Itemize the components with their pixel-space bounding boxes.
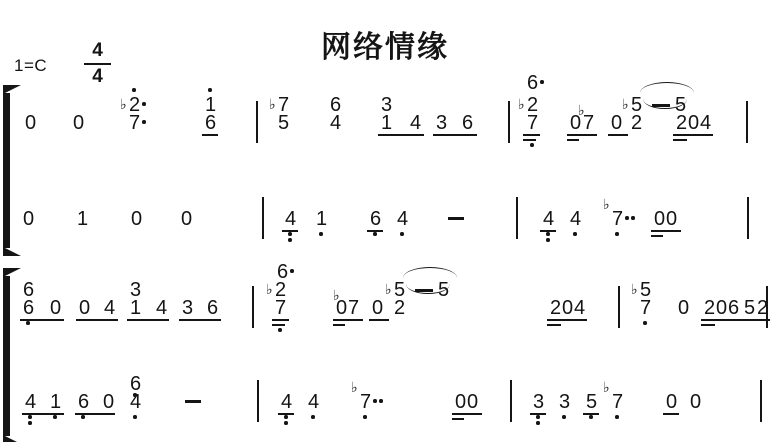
note-glyph: 0 [654, 209, 665, 229]
octave-down-dot [311, 415, 315, 419]
note-digit: 0 [467, 392, 478, 412]
octave-down-dot [319, 232, 323, 236]
note-glyph: 0 [611, 113, 622, 133]
note-digit: 1 [381, 113, 392, 133]
beam-underline [22, 413, 64, 415]
note-digit: 3 [182, 298, 193, 318]
barline [516, 197, 518, 239]
beam-underline [75, 413, 115, 415]
note-glyph: 4 [570, 209, 581, 229]
note-glyph: 2 [394, 298, 405, 318]
note-glyph: 0 [467, 392, 478, 412]
octave-up-dot [132, 88, 136, 92]
note-glyph: 6 [207, 298, 218, 318]
note-digit: 7 [360, 392, 371, 412]
note-glyph: 7 [129, 113, 140, 133]
note-glyph: 7 [275, 298, 286, 318]
note-digit: 6 [462, 113, 473, 133]
octave-down-dot [288, 232, 292, 236]
octave-down-dot [53, 415, 57, 419]
octave-down-dot [28, 415, 32, 419]
beam-underline [583, 413, 599, 415]
barline [256, 101, 258, 143]
note-glyph: 0 [181, 209, 192, 229]
octave-down-dot [562, 415, 566, 419]
note-glyph: 1 [50, 392, 61, 412]
note-digit: 4 [543, 209, 554, 229]
system-bracket [3, 93, 10, 248]
note-digit: 2 [394, 298, 405, 318]
note-digit: 4 [570, 209, 581, 229]
note-glyph: 4 [104, 298, 115, 318]
note-digit: 6 [78, 392, 89, 412]
flat-sign: ♭ [631, 282, 638, 296]
note-glyph: 0 [23, 209, 34, 229]
note-glyph: 0 [372, 298, 383, 318]
note-digit: 0 [23, 209, 34, 229]
beam-underline [452, 418, 464, 420]
beam-underline [523, 139, 536, 141]
note-digit: 5 [744, 298, 755, 318]
note-glyph: 6 [78, 392, 89, 412]
score-canvas: 002♭7167♭5643143662♭7♭0705♭2520401004164… [0, 0, 770, 442]
note-digit: 0 [103, 392, 114, 412]
note-digit: 5 [586, 392, 597, 412]
octave-down-dot [133, 415, 137, 419]
note-digit: 4 [410, 113, 421, 133]
note-glyph: 5 [744, 298, 755, 318]
note-digit: 6 [728, 298, 739, 318]
note-digit: 7 [640, 298, 651, 318]
flat-sign: ♭ [518, 97, 525, 111]
note-digit: 1 [130, 298, 141, 318]
note-digit: 7 [129, 113, 140, 133]
note-glyph: 7 [527, 113, 538, 133]
beam-underline [530, 413, 546, 415]
note-digit: 3 [533, 392, 544, 412]
barline [747, 197, 749, 239]
octave-down-dot [284, 415, 288, 419]
beam-underline [76, 319, 118, 321]
beam-underline [272, 324, 285, 326]
note-digit: 6 [207, 298, 218, 318]
note-glyph: 0 [716, 298, 727, 318]
note-glyph: 5 [438, 280, 449, 300]
beam-underline [367, 230, 383, 232]
note-glyph: 0 [455, 392, 466, 412]
beam-underline [651, 235, 663, 237]
note-digit: 4 [130, 392, 141, 412]
note-digit: 7 [527, 113, 538, 133]
note-glyph: 2 [550, 298, 561, 318]
duration-dot [625, 216, 629, 220]
note-glyph: 0 [73, 113, 84, 133]
note-digit: 0 [25, 113, 36, 133]
note-glyph: 0 [678, 298, 689, 318]
note-glyph: 7 [640, 298, 651, 318]
note-glyph: 4 [397, 209, 408, 229]
note-glyph: 6 [527, 73, 538, 93]
note-digit: 4 [285, 209, 296, 229]
note-glyph: 6 [462, 113, 473, 133]
note-glyph: 0 [690, 392, 701, 412]
note-digit: 4 [330, 113, 341, 133]
note-digit: 2 [631, 113, 642, 133]
duration-dot [373, 399, 377, 403]
octave-down-dot [589, 415, 593, 419]
beam-underline [673, 139, 687, 141]
octave-up-dot [208, 88, 212, 92]
octave-down-dot [615, 415, 619, 419]
beam-underline [547, 319, 587, 321]
beam-underline [202, 134, 218, 136]
system-bracket [3, 276, 10, 436]
note-digit: 0 [73, 113, 84, 133]
barline [508, 101, 510, 143]
note-digit: 5 [438, 280, 449, 300]
note-glyph: 4 [281, 392, 292, 412]
note-glyph: 0 [79, 298, 90, 318]
flat-sign: ♭ [603, 380, 610, 394]
beam-underline [20, 319, 64, 321]
octave-down-dot [546, 232, 550, 236]
beam-underline [547, 324, 561, 326]
barline [257, 380, 259, 422]
octave-down-dot [643, 321, 647, 325]
octave-down-dot [284, 421, 288, 425]
note-digit: 4 [281, 392, 292, 412]
note-glyph: 0 [131, 209, 142, 229]
note-digit: 7 [348, 298, 359, 318]
beam-underline [272, 319, 289, 321]
flat-sign: ♭ [622, 97, 629, 111]
note-digit: 0 [181, 209, 192, 229]
octave-down-dot [530, 143, 534, 147]
barline [262, 197, 264, 239]
duration-dot [631, 216, 635, 220]
note-glyph: 4 [410, 113, 421, 133]
note-glyph: 7♭ [612, 209, 623, 229]
note-glyph: 4 [156, 298, 167, 318]
beam-underline [651, 230, 681, 232]
note-glyph: 0 [666, 392, 677, 412]
note-glyph: 0 [666, 209, 677, 229]
note-digit: 2 [550, 298, 561, 318]
note-digit: 0 [50, 298, 61, 318]
note-digit: 4 [574, 298, 585, 318]
duration-dot [142, 120, 146, 124]
note-digit: 0 [611, 113, 622, 133]
flat-sign: ♭ [603, 197, 610, 211]
note-digit: 4 [700, 113, 711, 133]
note-glyph: 0 [688, 113, 699, 133]
barline [618, 286, 620, 328]
note-glyph: 0 [50, 298, 61, 318]
note-digit: 3 [436, 113, 447, 133]
note-digit: 0 [570, 113, 581, 133]
note-glyph: 4 [574, 298, 585, 318]
note-glyph: 3 [559, 392, 570, 412]
beam-underline [333, 324, 345, 326]
note-glyph: 4 [330, 113, 341, 133]
octave-down-dot [81, 415, 85, 419]
note-glyph: 3 [436, 113, 447, 133]
beam-underline [701, 319, 741, 321]
beam-underline [701, 324, 715, 326]
octave-down-dot [400, 232, 404, 236]
note-digit: 0 [688, 113, 699, 133]
note-glyph: 3 [182, 298, 193, 318]
barline [766, 286, 768, 328]
note-glyph: 6 [205, 113, 216, 133]
note-glyph: 7♭ [612, 392, 623, 412]
note-digit: 4 [104, 298, 115, 318]
duration-dot [540, 80, 544, 84]
note-digit: 4 [397, 209, 408, 229]
beam-underline [179, 319, 221, 321]
note-glyph: 0 [25, 113, 36, 133]
beam-underline [608, 134, 628, 136]
note-digit: 7 [612, 209, 623, 229]
barline [510, 380, 512, 422]
note-digit: 6 [370, 209, 381, 229]
note-glyph: 5 [278, 113, 289, 133]
beam-underline [452, 413, 482, 415]
flat-sign: ♭ [269, 97, 276, 111]
note-glyph: 0 [336, 298, 347, 318]
octave-down-dot [278, 328, 282, 332]
octave-down-dot [536, 415, 540, 419]
note-digit: 0 [455, 392, 466, 412]
note-digit: 0 [678, 298, 689, 318]
octave-down-dot [615, 232, 619, 236]
note-glyph: 4 [700, 113, 711, 133]
note-digit: 6 [205, 113, 216, 133]
note-glyph: 7 [583, 113, 594, 133]
note-digit: 1 [50, 392, 61, 412]
tie-arc [640, 82, 694, 93]
flat-sign: ♭ [266, 282, 273, 296]
duration-dot [290, 269, 294, 273]
note-glyph: 0 [570, 113, 581, 133]
note-glyph: 2 [676, 113, 687, 133]
note-glyph: 4 [130, 392, 141, 412]
note-glyph: 1 [316, 209, 327, 229]
note-glyph: 6 [728, 298, 739, 318]
duration-dot [142, 102, 146, 106]
beam-underline [540, 230, 556, 232]
note-digit: 3 [559, 392, 570, 412]
note-digit: 0 [666, 392, 677, 412]
beam-underline [567, 134, 597, 136]
octave-down-dot [546, 238, 550, 242]
beam-underline [378, 134, 424, 136]
note-glyph: 6 [370, 209, 381, 229]
note-glyph: 4 [543, 209, 554, 229]
beam-underline [282, 230, 298, 232]
note-digit: 0 [716, 298, 727, 318]
octave-down-dot [26, 321, 30, 325]
note-glyph: 4 [308, 392, 319, 412]
note-digit: 1 [77, 209, 88, 229]
note-digit: 1 [316, 209, 327, 229]
note-digit: 7 [612, 392, 623, 412]
flat-sign: ♭ [351, 380, 358, 394]
note-glyph: 6 [23, 298, 34, 318]
note-digit: 6 [527, 73, 538, 93]
beam-underline [278, 413, 294, 415]
note-glyph: 1 [381, 113, 392, 133]
note-glyph: 7♭ [360, 392, 371, 412]
note-digit: 7 [275, 298, 286, 318]
beam-underline [673, 134, 713, 136]
flat-sign: ♭ [385, 282, 392, 296]
note-glyph: 5 [586, 392, 597, 412]
beam-underline [567, 139, 579, 141]
beam-underline [333, 319, 363, 321]
barline [746, 101, 748, 143]
note-digit: 0 [131, 209, 142, 229]
note-glyph: 3 [533, 392, 544, 412]
note-digit: 0 [372, 298, 383, 318]
note-glyph: 2 [631, 113, 642, 133]
beam-underline [433, 134, 477, 136]
note-glyph: 4 [25, 392, 36, 412]
rest-dash [448, 217, 464, 220]
note-digit: 5 [278, 113, 289, 133]
note-digit: 0 [562, 298, 573, 318]
note-glyph: 1 [77, 209, 88, 229]
note-digit: 0 [690, 392, 701, 412]
note-digit: 0 [654, 209, 665, 229]
beam-underline [369, 319, 389, 321]
flat-sign: ♭ [120, 97, 127, 111]
octave-down-dot [363, 415, 367, 419]
note-digit: 0 [336, 298, 347, 318]
octave-down-dot [288, 238, 292, 242]
beam-underline [127, 319, 169, 321]
barline [252, 286, 254, 328]
note-digit: 4 [156, 298, 167, 318]
note-digit: 0 [79, 298, 90, 318]
note-glyph: 7 [348, 298, 359, 318]
note-glyph: 2 [704, 298, 715, 318]
note-glyph: 1 [130, 298, 141, 318]
note-digit: 2 [676, 113, 687, 133]
note-digit: 7 [583, 113, 594, 133]
sheet-music-page: 网络情缘 1=C 4 4 002♭7167♭5643143662♭7♭0705♭… [0, 0, 770, 442]
beam-underline [523, 134, 540, 136]
note-digit: 6 [23, 298, 34, 318]
note-glyph: 0 [103, 392, 114, 412]
octave-down-dot [536, 421, 540, 425]
beam-underline [663, 413, 679, 415]
note-glyph: 0 [562, 298, 573, 318]
note-digit: 4 [308, 392, 319, 412]
barline [760, 380, 762, 422]
octave-down-dot [28, 421, 32, 425]
note-digit: 2 [704, 298, 715, 318]
note-digit: 4 [25, 392, 36, 412]
rest-dash [185, 400, 201, 403]
note-glyph: 4 [285, 209, 296, 229]
octave-down-dot [573, 232, 577, 236]
duration-dot [379, 399, 383, 403]
octave-down-dot [373, 232, 377, 236]
note-digit: 0 [666, 209, 677, 229]
tie-arc [403, 267, 457, 278]
